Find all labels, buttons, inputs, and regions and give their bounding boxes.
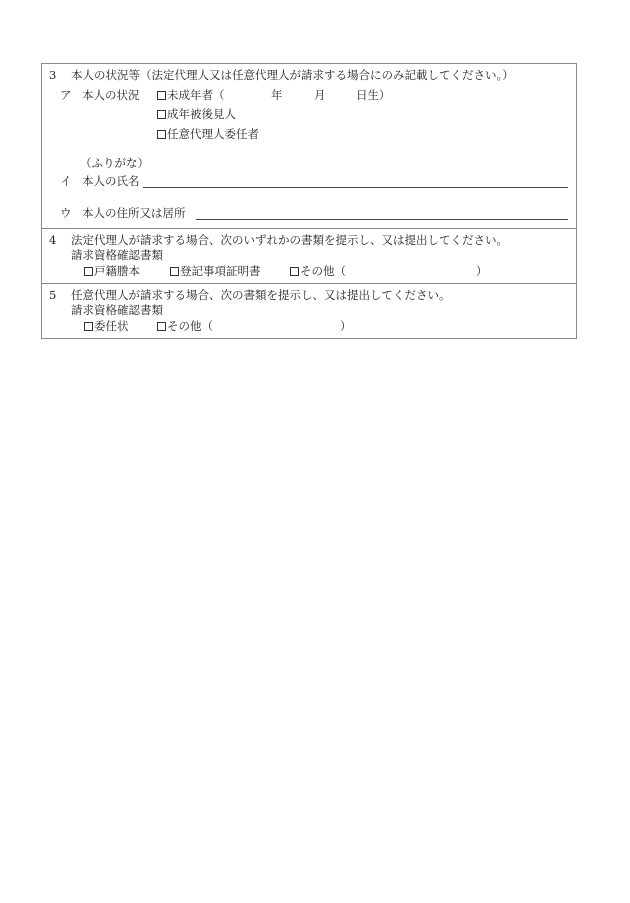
option-other-4[interactable]: その他（ [290, 264, 346, 278]
option-other-5[interactable]: その他（ [157, 319, 213, 333]
name-label: 本人の氏名 [82, 174, 140, 188]
address-underline [196, 219, 568, 220]
option-family-register[interactable]: 戸籍謄本 [84, 264, 140, 278]
birth-year-label: 年 [271, 88, 283, 102]
checkbox-other-4[interactable] [290, 267, 299, 276]
option-family-register-label: 戸籍謄本 [94, 264, 140, 278]
section3-u-marker: ウ [60, 206, 72, 220]
option-registry-certificate-label: 登記事項証明書 [180, 264, 261, 278]
option-other-5-label: その他（ [167, 319, 213, 333]
section4-subtitle: 請求資格確認書類 [71, 248, 163, 262]
checkbox-minor[interactable] [157, 91, 166, 100]
option-power-of-attorney[interactable]: 委任状 [84, 319, 129, 333]
checkbox-registry-certificate[interactable] [170, 267, 179, 276]
option-other-4-label: その他（ [300, 264, 346, 278]
option-minor[interactable]: 未成年者（ [157, 88, 225, 102]
birth-month-label: 月 [314, 88, 326, 102]
option-adult-ward-label: 成年被後見人 [167, 107, 236, 121]
furigana-label: （ふりがな） [80, 156, 149, 170]
document-page: 3 本人の状況等（法定代理人又は任意代理人が請求する場合にのみ記載してください。… [0, 0, 630, 903]
checkbox-voluntary-principal[interactable] [157, 130, 166, 139]
section5-subtitle: 請求資格確認書類 [71, 303, 163, 317]
option-adult-ward[interactable]: 成年被後見人 [157, 107, 236, 121]
section3-i-marker: イ [60, 174, 72, 188]
birth-day-label: 日生） [356, 88, 391, 102]
checkbox-family-register[interactable] [84, 267, 93, 276]
checkbox-adult-ward[interactable] [157, 110, 166, 119]
address-label: 本人の住所又は居所 [82, 206, 186, 220]
checkbox-power-of-attorney[interactable] [84, 322, 93, 331]
section4-number: 4 [49, 233, 56, 247]
section5-number: 5 [49, 288, 56, 302]
section3-a-label: 本人の状況 [82, 88, 140, 102]
option-voluntary-principal-label: 任意代理人委任者 [167, 127, 259, 141]
option-voluntary-principal[interactable]: 任意代理人委任者 [157, 127, 259, 141]
option-registry-certificate[interactable]: 登記事項証明書 [170, 264, 261, 278]
option-minor-label: 未成年者（ [167, 88, 225, 102]
name-underline [143, 187, 568, 188]
other-4-close-paren: ） [476, 264, 488, 278]
section5-title: 任意代理人が請求する場合、次の書類を提示し、又は提出してください。 [71, 288, 451, 302]
section4-title: 法定代理人が請求する場合、次のいずれかの書類を提示し、又は提出してください。 [71, 233, 508, 247]
other-5-close-paren: ） [340, 319, 352, 333]
section-divider [41, 228, 576, 229]
option-power-of-attorney-label: 委任状 [94, 319, 129, 333]
section-divider [41, 283, 576, 284]
section3-number: 3 [49, 68, 56, 82]
section3-a-marker: ア [60, 88, 72, 102]
section3-title: 本人の状況等（法定代理人又は任意代理人が請求する場合にのみ記載してください。） [71, 68, 514, 82]
checkbox-other-5[interactable] [157, 322, 166, 331]
